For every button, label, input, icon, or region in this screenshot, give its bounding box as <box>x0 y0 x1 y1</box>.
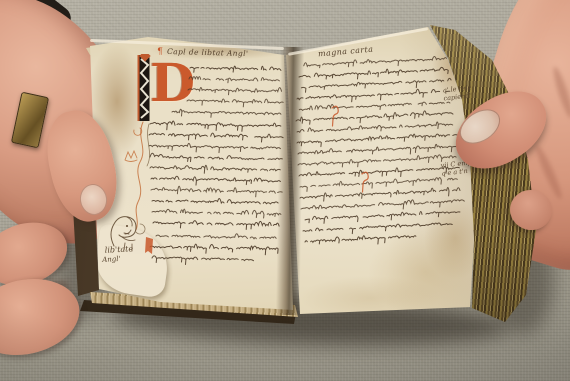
photo-vignette <box>0 0 570 381</box>
photo-scene: D ¶ Capl de libtat Angl' magna carta lib… <box>0 0 570 381</box>
